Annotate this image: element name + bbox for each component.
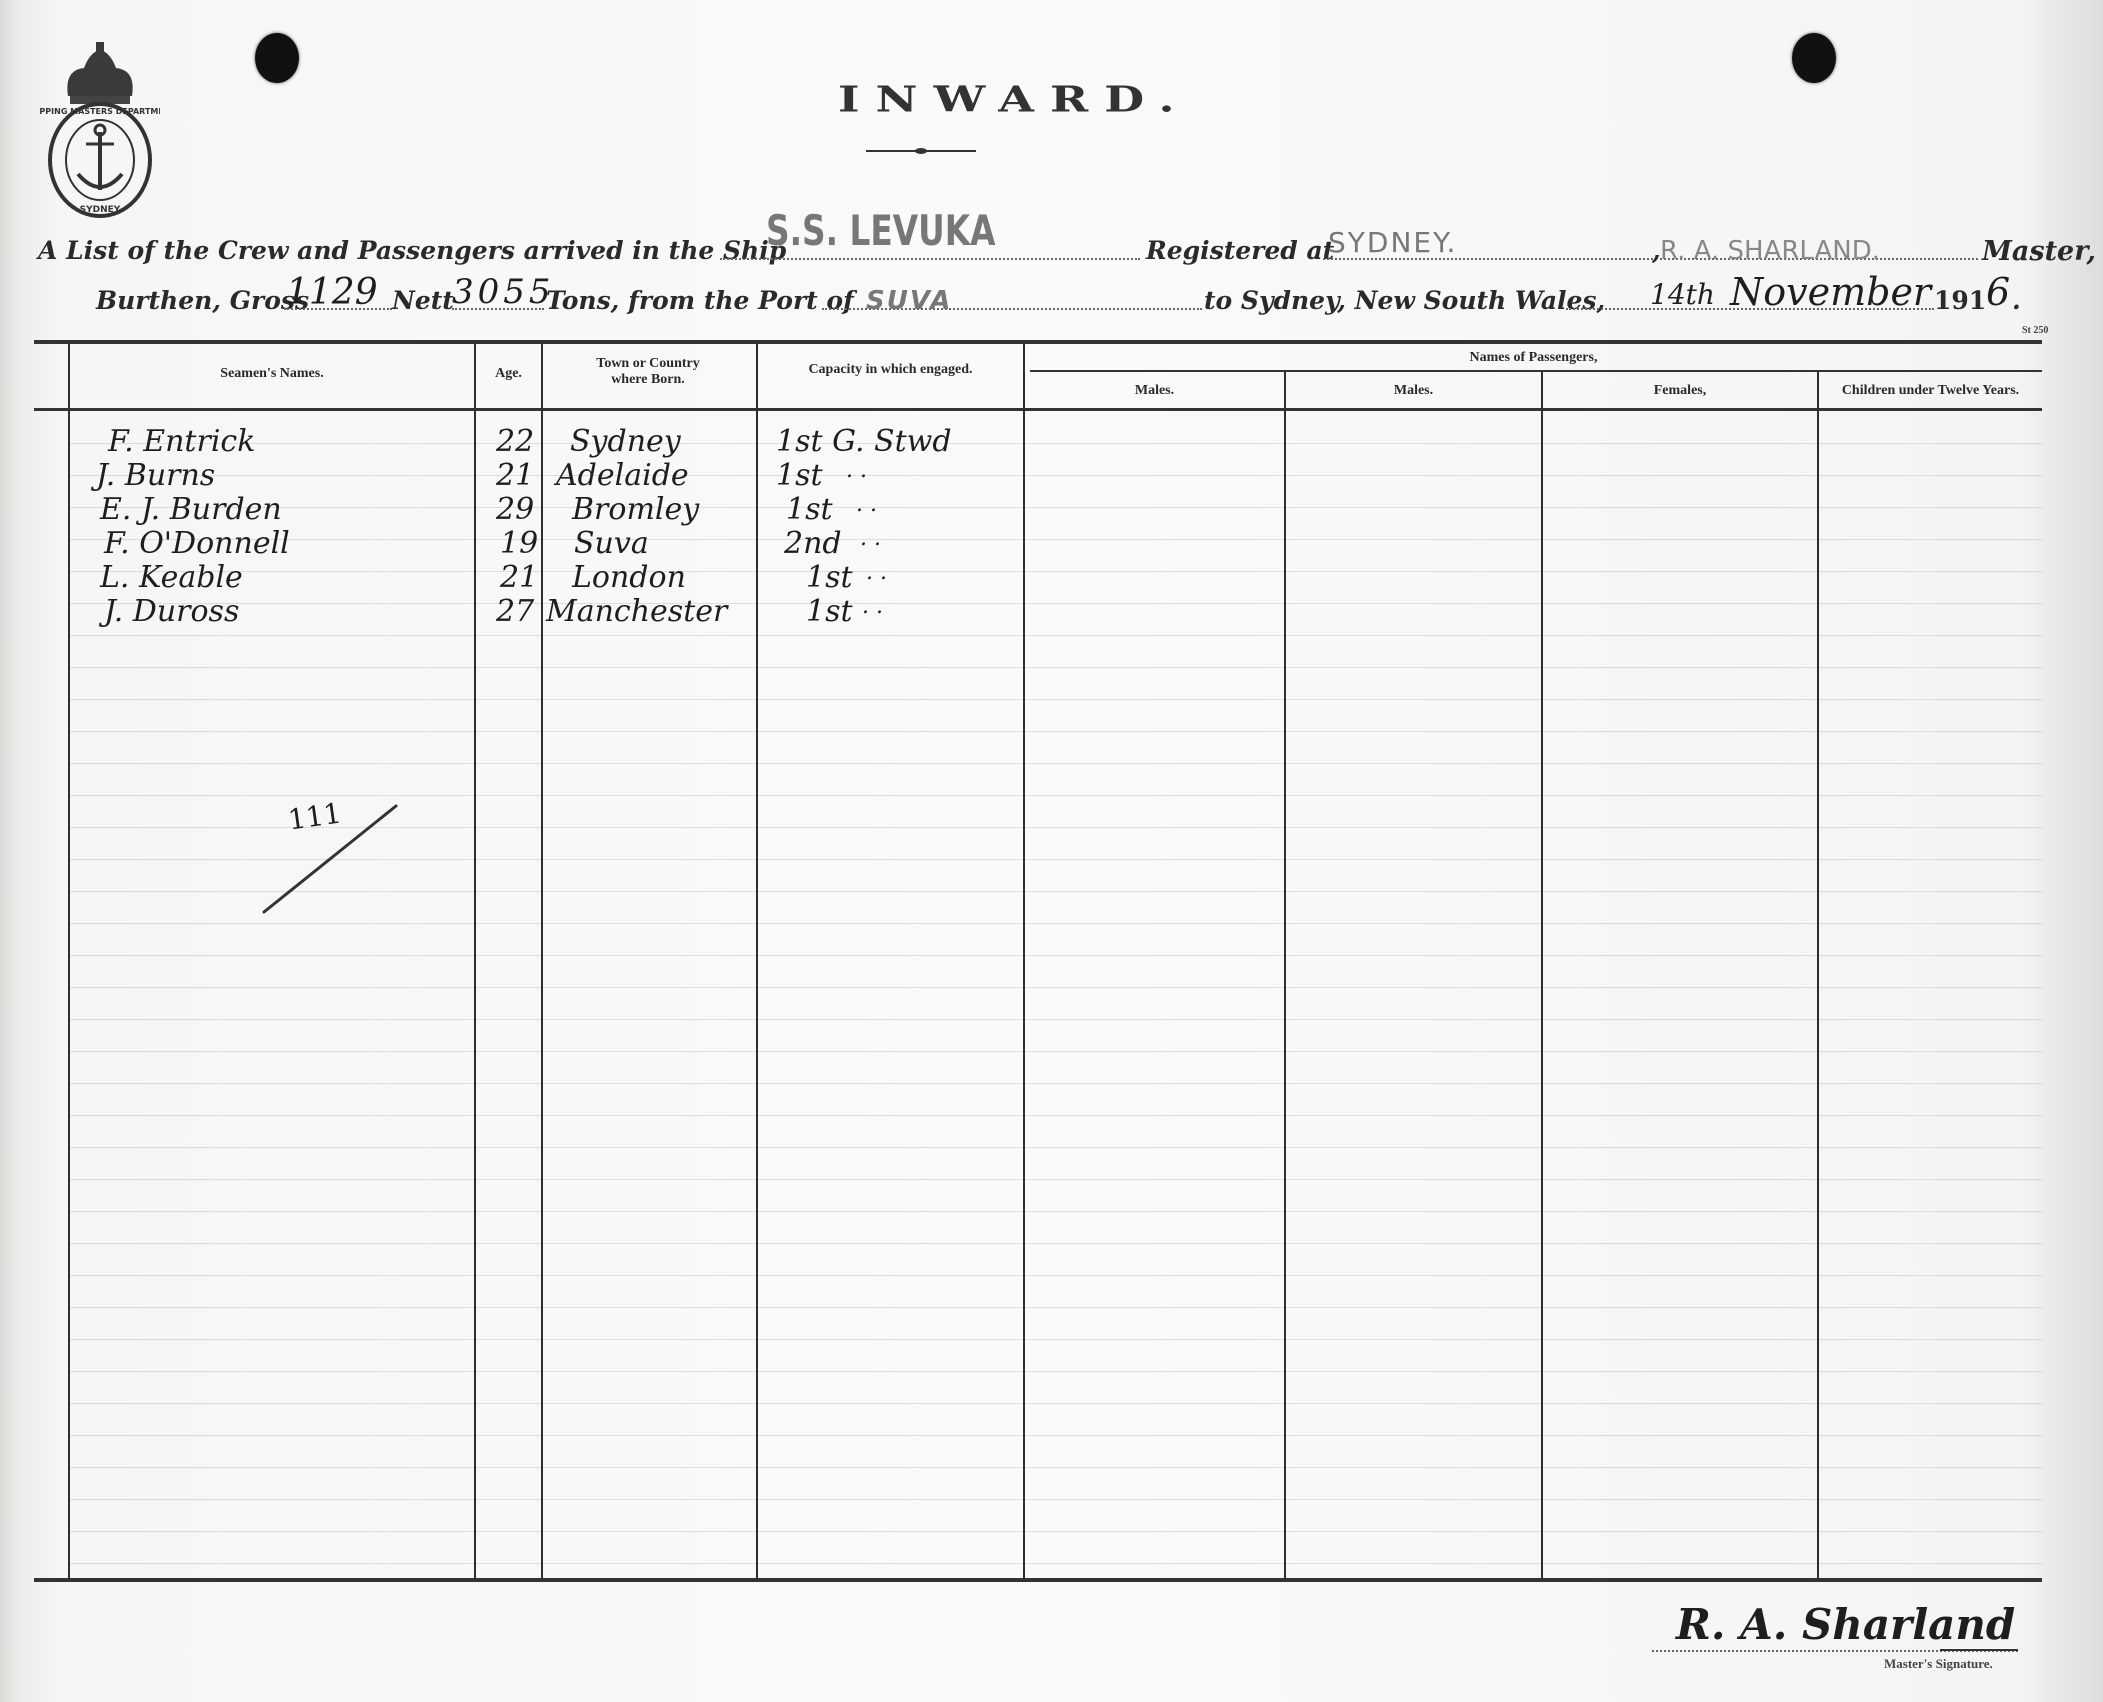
master-label: Master, [1982, 236, 2096, 267]
ditto-marks: . . [860, 526, 881, 551]
table-header-bottom-rule [34, 408, 2042, 411]
ditto-marks: . . [856, 492, 877, 517]
punch-hole-left [255, 33, 299, 83]
page-title: INWARD. [838, 78, 1190, 120]
seaman-birthplace: Bromley [572, 492, 699, 527]
registered-label: Registered at [1146, 236, 1334, 265]
seaman-birthplace: Manchester [546, 594, 727, 629]
date-month-value: November [1730, 270, 1931, 314]
ditto-marks: . . [862, 594, 883, 619]
col-header-born: Town or Country where Born. [583, 356, 713, 388]
table-row: L. Keable 21 London 1st . . [0, 560, 2103, 592]
shipping-masters-crest-icon: SHIPPING MASTERS DEPARTMENT SYDNEY [40, 40, 160, 220]
seaman-birthplace: Adelaide [556, 458, 689, 493]
table-row: F. O'Donnell 19 Suva 2nd . . [0, 526, 2103, 558]
seaman-capacity: 1st G. Stwd [776, 424, 952, 459]
ditto-marks: . . [866, 560, 887, 585]
svg-text:SYDNEY: SYDNEY [80, 205, 121, 215]
title-flourish [866, 146, 976, 156]
nett-tons-value: 3055 [452, 272, 555, 312]
svg-text:SHIPPING MASTERS DEPARTMENT: SHIPPING MASTERS DEPARTMENT [40, 107, 160, 116]
seaman-capacity: 1st [806, 560, 853, 595]
year-printed: 191 [1934, 286, 1986, 315]
ditto-marks: . . [846, 458, 867, 483]
col-header-seamens-names: Seamen's Names. [70, 366, 474, 382]
destination-label: to Sydney, New South Wales, [1204, 286, 1605, 315]
seaman-birthplace: London [572, 560, 686, 595]
seaman-capacity: 2nd [784, 526, 842, 561]
signature-label: Master's Signature. [1884, 1656, 1993, 1672]
table-row: F. Entrick 22 Sydney 1st G. Stwd [0, 424, 2103, 456]
master-signature: R. A. Sharland [1676, 1600, 2015, 1649]
seaman-age: 21 [500, 560, 538, 595]
seaman-capacity: 1st [806, 594, 853, 629]
seaman-birthplace: Suva [574, 526, 649, 561]
pencil-slash-mark [256, 800, 406, 920]
seaman-birthplace: Sydney [570, 424, 681, 459]
col-header-males: Males. [1025, 383, 1284, 399]
table-row: J. Burns 21 Adelaide 1st . . [0, 458, 2103, 490]
burthen-label: Burthen, Gross [96, 286, 309, 315]
table-top-rule [34, 340, 2042, 344]
seaman-age: 21 [496, 458, 534, 493]
seaman-capacity: 1st [786, 492, 833, 527]
seaman-capacity: 1st [776, 458, 823, 493]
seaman-name: J. Duross [104, 594, 239, 629]
col-header-males-2: Males. [1286, 383, 1541, 399]
seaman-age: 19 [500, 526, 538, 561]
date-period: . [2012, 286, 2021, 315]
from-port-label: Tons, from the Port of [546, 286, 854, 315]
document-page: SHIPPING MASTERS DEPARTMENT SYDNEY INWAR… [0, 0, 2103, 1702]
col-header-females: Females, [1543, 383, 1817, 399]
master-name-stamp: R. A. SHARLAND. [1660, 236, 1880, 266]
seaman-name: F. O'Donnell [104, 526, 290, 561]
nett-label: Nett [392, 286, 454, 315]
seaman-age: 22 [496, 424, 534, 459]
col-header-passengers-group: Names of Passengers, [1025, 350, 2042, 366]
gross-tons-value: 1129 [286, 272, 378, 313]
col-header-age: Age. [476, 366, 541, 382]
from-port-stamp: SUVA [866, 286, 952, 316]
seaman-name: L. Keable [100, 560, 243, 595]
signature-underline [1940, 1649, 2018, 1651]
table-row: E. J. Burden 29 Bromley 1st . . [0, 492, 2103, 524]
seaman-age: 29 [496, 492, 534, 527]
ship-name-stamp: S.S. LEVUKA [766, 206, 995, 255]
header-prefix: A List of the Crew and Passengers arrive… [38, 236, 786, 265]
form-code: St 250 [2022, 325, 2048, 336]
col-header-capacity: Capacity in which engaged. [758, 362, 1023, 378]
table-row: J. Duross 27 Manchester 1st . . [0, 594, 2103, 626]
seaman-name: F. Entrick [108, 424, 255, 459]
seaman-name: J. Burns [96, 458, 215, 493]
passengers-group-rule [1030, 370, 2042, 372]
col-header-children: Children under Twelve Years. [1819, 383, 2042, 399]
date-day-value: 14th [1650, 278, 1715, 311]
year-handwritten-digit: 6 [1986, 270, 2010, 314]
registered-port-stamp: SYDNEY. [1328, 226, 1457, 259]
punch-hole-right [1792, 33, 1836, 83]
ship-name-dotted-field [720, 258, 1140, 260]
seaman-name: E. J. Burden [100, 492, 282, 527]
seaman-age: 27 [496, 594, 534, 629]
table-bottom-rule [34, 1578, 2042, 1582]
